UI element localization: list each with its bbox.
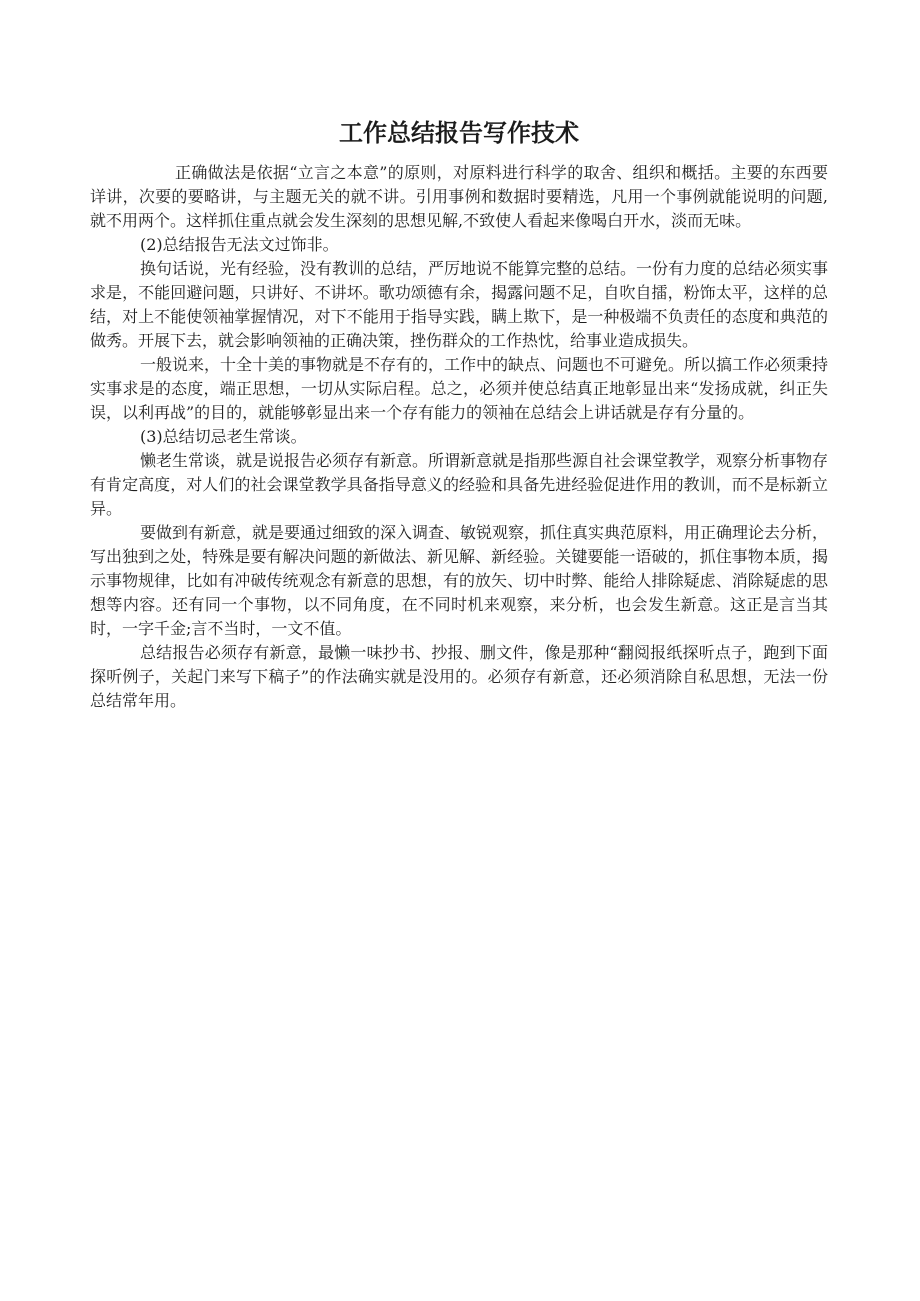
paragraph-body-3b: 要做到有新意，就是要通过细致的深入调查、敏锐观察，抓住真实典范原料，用正确理论去…: [90, 521, 828, 641]
document-page: 工作总结报告写作技术 正确做法是依据“立言之本意”的原则，对原料进行科学的取舍、…: [0, 0, 920, 1301]
paragraph-body-3c: 总结报告必须存有新意，最懒一味抄书、抄报、删文件，像是那种“翻阅报纸探听点子，跑…: [90, 641, 828, 713]
paragraph-body-3a: 懒老生常谈，就是说报告必须存有新意。所谓新意就是指那些源自社会课堂教学，观察分析…: [90, 449, 828, 521]
paragraph-intro: 正确做法是依据“立言之本意”的原则，对原料进行科学的取舍、组织和概括。主要的东西…: [90, 161, 828, 233]
paragraph-body-2a: 换句话说，光有经验，没有教训的总结，严厉地说不能算完整的总结。一份有力度的总结必…: [90, 257, 828, 353]
paragraph-heading-3: (3)总结切忌老生常谈。: [90, 425, 828, 449]
document-title: 工作总结报告写作技术: [90, 117, 828, 149]
paragraph-heading-2: (2)总结报告无法文过饰非。: [90, 233, 828, 257]
paragraph-body-2b: 一般说来，十全十美的事物就是不存有的，工作中的缺点、问题也不可避免。所以搞工作必…: [90, 353, 828, 425]
document-body: 正确做法是依据“立言之本意”的原则，对原料进行科学的取舍、组织和概括。主要的东西…: [90, 161, 828, 713]
